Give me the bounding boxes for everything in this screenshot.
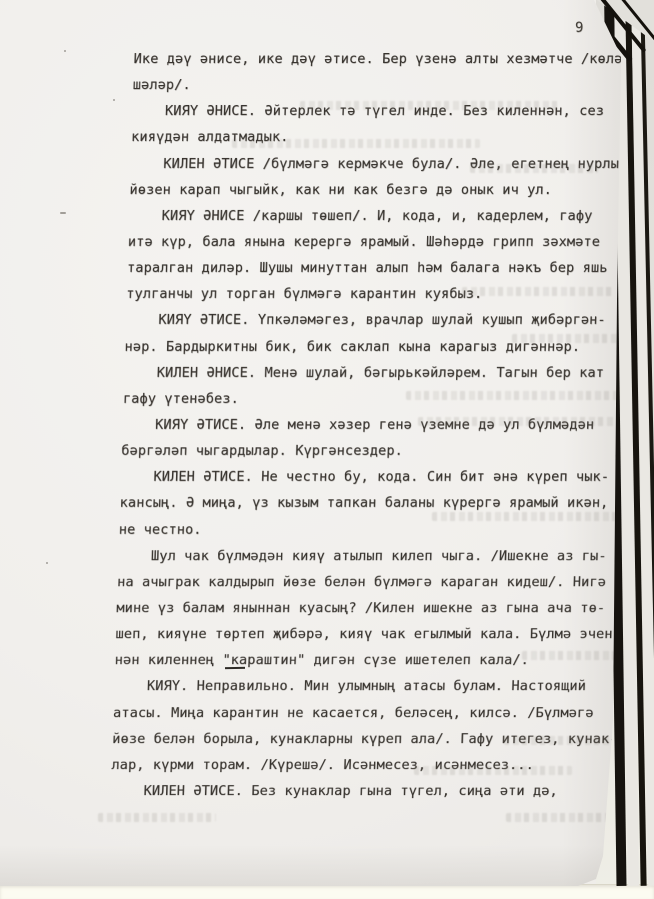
- ink-bleed-smudge: [432, 512, 624, 521]
- ink-bleed-smudge: [506, 813, 622, 822]
- text-line: таралган диләр. Шушы минуттан алып һәм б…: [127, 255, 614, 281]
- text-line: йөзен карап чыгыйк, как ни как безгә дә …: [129, 177, 616, 203]
- scanned-typescript-photo: 9 Ике дәү әнисе, ике дәү әтисе. Бер үзен…: [0, 0, 654, 899]
- ink-bleed-smudge: [462, 287, 614, 296]
- text-line: КИЯҮ. Неправильно. Мин улымның атасы бул…: [113, 673, 600, 699]
- ink-bleed-smudge: [232, 139, 480, 148]
- ink-bleed-smudge: [512, 334, 620, 343]
- ink-bleed-smudge: [414, 766, 572, 775]
- correction-underline-mark: [225, 667, 245, 669]
- dust-speck: [113, 99, 115, 101]
- ink-bleed-smudge: [406, 391, 618, 400]
- ink-bleed-smudge: [418, 417, 616, 426]
- text-line: атасы. Миңа карантин не касается, беләсе…: [113, 700, 600, 726]
- ink-bleed-smudge: [300, 101, 558, 110]
- ink-bleed-smudge: [470, 164, 598, 173]
- text-line: шеп, кияүне төртеп җибәрә, кияү чак егыл…: [115, 621, 602, 647]
- text-line: КИЛЕН ӘТИСЕ. Без кунаклар гына түгел, си…: [110, 778, 597, 804]
- text-line: Шул чак бүлмәдән кияү атылып килеп чыга.…: [118, 543, 605, 569]
- text-line: КИЯҮ ӘНИСЕ /каршы төшеп/. И, кода, и, ка…: [128, 203, 615, 229]
- text-line: на ачыграк калдырып йөзе белән бүлмәгә к…: [117, 569, 604, 595]
- text-line: КИЛЕН ӘНИСЕ. Менә шулай, бәгырькәйләрем.…: [123, 360, 610, 386]
- dust-speck: [64, 50, 66, 52]
- text-line: шәләр/.: [132, 72, 619, 98]
- text-line: КИЯҮ ӘТИСЕ. Үпкәләмәгез, врачлар шулай к…: [125, 307, 612, 333]
- page-number: 9: [575, 20, 583, 36]
- ink-bleed-smudge: [522, 651, 620, 660]
- text-line: КИЛЕН ӘТИСЕ. Не честно бу, кода. Син бит…: [120, 464, 607, 490]
- text-line: мине үз балам яныннан куасың? /Килен ише…: [116, 595, 603, 621]
- photo-background-bottom: [0, 884, 654, 899]
- document-page: 9 Ике дәү әнисе, ике дәү әтисе. Бер үзен…: [0, 0, 654, 899]
- ink-bleed-smudge: [98, 813, 216, 822]
- ink-bleed-smudge: [504, 736, 616, 745]
- dust-speck: [60, 212, 66, 214]
- text-line: итә күр, бала янына керергә ярамый. Шәһә…: [127, 229, 614, 255]
- text-line: Ике дәү әнисе, ике дәү әтисе. Бер үзенә …: [133, 46, 620, 72]
- text-line: бәргәләп чыгардылар. Күргәнсездер.: [121, 438, 608, 464]
- dust-speck: [46, 562, 48, 564]
